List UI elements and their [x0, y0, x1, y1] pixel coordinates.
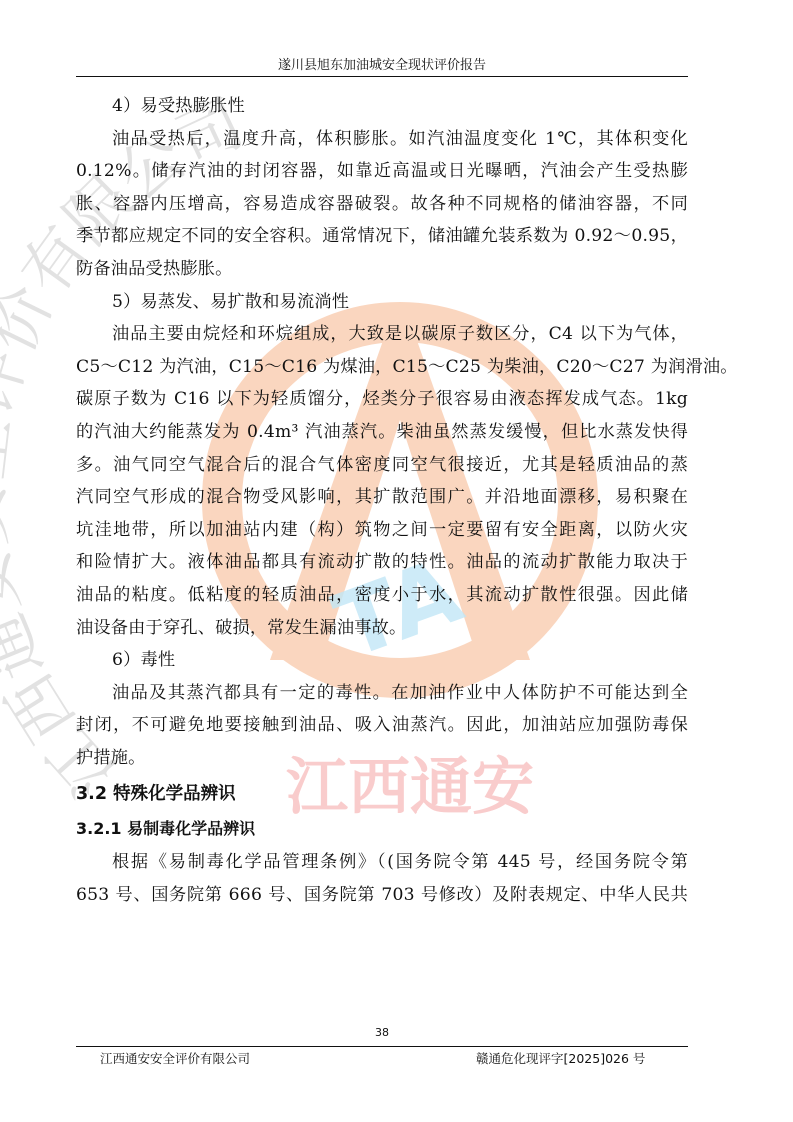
- paragraph-line: 根据《易制毒化学品管理条例》（(国务院令第 445 号，经国务院令第: [76, 846, 688, 879]
- paragraph-line: C5～C12 为汽油，C15～C16 为煤油，C15～C25 为柴油，C20～C…: [76, 351, 688, 384]
- paragraph-line: 汽同空气形成的混合物受风影响，其扩散范围广。并沿地面漂移，易积聚在: [76, 481, 688, 514]
- section-heading-3-2-1: 3.2.1 易制毒化学品辨识: [76, 812, 688, 846]
- footer-divider: [76, 1046, 688, 1047]
- paragraph-line: 碳原子数为 C16 以下为轻质馏分，烃类分子很容易由液态挥发成气态。1kg: [76, 383, 688, 416]
- paragraph-line: 油品受热后，温度升高，体积膨胀。如汽油温度变化 1℃，其体积变化: [76, 123, 688, 156]
- paragraph-line: 油品主要由烷烃和环烷组成，大致是以碳原子数区分，C4 以下为气体，: [76, 318, 688, 351]
- paragraph-line: 多。油气同空气混合后的混合气体密度同空气很接近，尤其是轻质油品的蒸: [76, 449, 688, 482]
- section-heading-3-2: 3.2 特殊化学品辨识: [76, 776, 688, 812]
- subheading-item-4: 4）易受热膨胀性: [76, 90, 688, 123]
- paragraph-line: 653 号、国务院第 666 号、国务院第 703 号修改）及附表规定、中华人民…: [76, 879, 688, 912]
- paragraph-line: 的汽油大约能蒸发为 0.4m³ 汽油蒸汽。柴油虽然蒸发缓慢，但比水蒸发快得: [76, 416, 688, 449]
- paragraph-line: 油设备由于穿孔、破损，常发生漏油事故。: [76, 612, 688, 645]
- subheading-item-6: 6）毒性: [76, 644, 688, 677]
- paragraph-line: 和险情扩大。液体油品都具有流动扩散的特性。油品的流动扩散能力取决于: [76, 546, 688, 579]
- page-header-title: 遂川县旭东加油城安全现状评价报告: [76, 54, 688, 73]
- header-divider: [76, 76, 688, 77]
- footer-doc-number: 赣通危化现评字[2025]026 号: [476, 1049, 645, 1067]
- paragraph-line: 油品及其蒸汽都具有一定的毒性。在加油作业中人体防护不可能达到全: [76, 677, 688, 710]
- subheading-item-5: 5）易蒸发、易扩散和易流淌性: [76, 286, 688, 319]
- paragraph-line: 胀、容器内压增高，容易造成容器破裂。故各种不同规格的储油容器，不同: [76, 188, 688, 221]
- paragraph-line: 季节都应规定不同的安全容积。通常情况下，储油罐允装系数为 0.92～0.95，: [76, 220, 688, 253]
- page-number: 38: [76, 1026, 688, 1039]
- paragraph-line: 护措施。: [76, 742, 688, 775]
- document-body: 4）易受热膨胀性 油品受热后，温度升高，体积膨胀。如汽油温度变化 1℃，其体积变…: [76, 90, 688, 912]
- footer-company: 江西通安安全评价有限公司: [100, 1049, 250, 1067]
- paragraph-line: 坑洼地带，所以加油站内建（构）筑物之间一定要留有安全距离，以防火灾: [76, 514, 688, 547]
- paragraph-line: 防备油品受热膨胀。: [76, 253, 688, 286]
- paragraph-line: 0.12%。储存汽油的封闭容器，如靠近高温或日光曝晒，汽油会产生受热膨: [76, 155, 688, 188]
- paragraph-line: 封闭，不可避免地要接触到油品、吸入油蒸汽。因此，加油站应加强防毒保: [76, 709, 688, 742]
- paragraph-line: 油品的粘度。低粘度的轻质油品，密度小于水，其流动扩散性很强。因此储: [76, 579, 688, 612]
